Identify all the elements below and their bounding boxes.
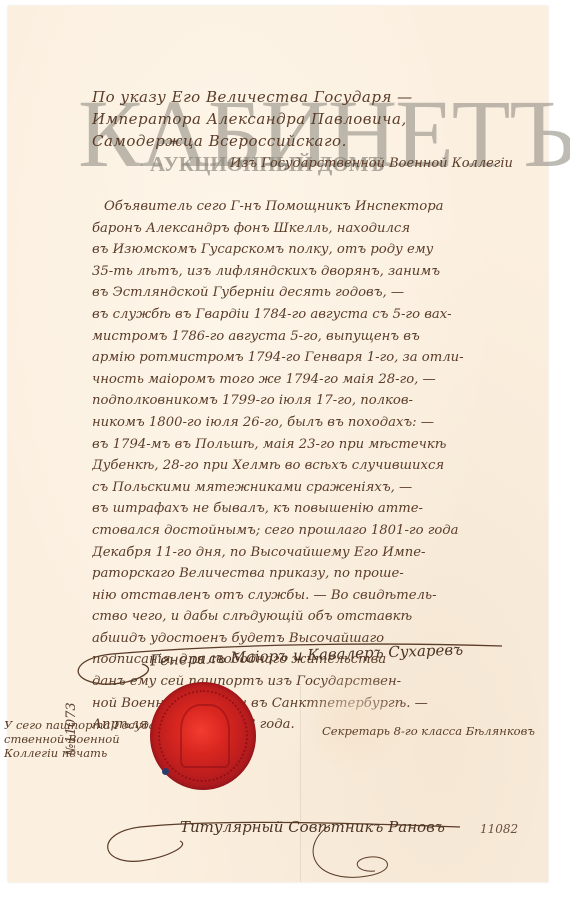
heading-subtitle: Изъ Государственной Военной Коллегіи — [230, 156, 513, 171]
seal-note-line: Коллегіи печать — [4, 746, 167, 760]
body-line: Дубенкѣ, 28-го при Хелмѣ во всѣхъ случив… — [92, 455, 532, 477]
corner-number: 11082 — [480, 822, 518, 836]
body-line: въ службѣ въ Гвардіи 1784-го августа съ … — [92, 304, 532, 326]
body-line: нію отставленъ отъ службы. — Во свидѣтел… — [92, 585, 532, 607]
body-line: мистромъ 1786-го августа 5-го, выпущенъ … — [92, 326, 532, 348]
document-heading: По указу Его Величества Государя — Импер… — [92, 86, 532, 152]
seal-note-line: У сего пашпорта Государ- — [4, 718, 167, 732]
seal-note-line: ственной Военной — [4, 732, 167, 746]
signature-clerk: Титулярный Совѣтникъ Рановъ — [180, 818, 445, 836]
ink-blot — [162, 768, 169, 775]
body-line: подполковникомъ 1799-го іюля 17-го, полк… — [92, 390, 532, 412]
body-line: ство чего, и дабы слѣдующій объ отставкѣ — [92, 606, 532, 628]
body-line: Декабря 11-го дня, по Высочайшему Его Им… — [92, 542, 532, 564]
body-line: въ штрафахъ не бывалъ, къ повышенію атте… — [92, 498, 532, 520]
clerk-flourish — [100, 805, 480, 885]
body-line: Объявитель сего Г-нъ Помощникъ Инспектор… — [92, 196, 532, 218]
seal-emblem-icon — [180, 704, 230, 768]
body-line: 35-ть лѣтъ, изъ лифляндскихъ дворянъ, за… — [92, 261, 532, 283]
seal-note: У сего пашпорта Государ- ственной Военно… — [4, 718, 167, 760]
heading-line: Императора Александра Павловича, — [92, 108, 532, 130]
signature-secretary: Секретарь 8-го класса Бѣлянковъ — [322, 724, 535, 738]
body-line: въ Эстляндской Губерніи десять годовъ, — — [92, 282, 532, 304]
body-line: въ Изюмскомъ Гусарскомъ полку, отъ роду … — [92, 239, 532, 261]
heading-line: Самодержца Всероссийскаго. — [92, 130, 532, 152]
body-line: съ Польскими мятежниками сраженіяхъ, — — [92, 477, 532, 499]
body-line: баронъ Александръ фонъ Шкелль, находился — [92, 218, 532, 240]
body-line: чность маіоромъ того же 1794-го маія 28-… — [92, 369, 532, 391]
heading-line: По указу Его Величества Государя — — [92, 86, 532, 108]
body-line: армію ротмистромъ 1794-го Генваря 1-го, … — [92, 347, 532, 369]
body-line: никомъ 1800-го іюля 26-го, былъ въ поход… — [92, 412, 532, 434]
body-line: раторскаго Величества приказу, по проше- — [92, 563, 532, 585]
body-line: въ 1794-мъ въ Польшѣ, маія 23-го при мѣс… — [92, 434, 532, 456]
body-line: стовался достойнымъ; сего прошлаго 1801-… — [92, 520, 532, 542]
paper-stain — [300, 665, 410, 775]
